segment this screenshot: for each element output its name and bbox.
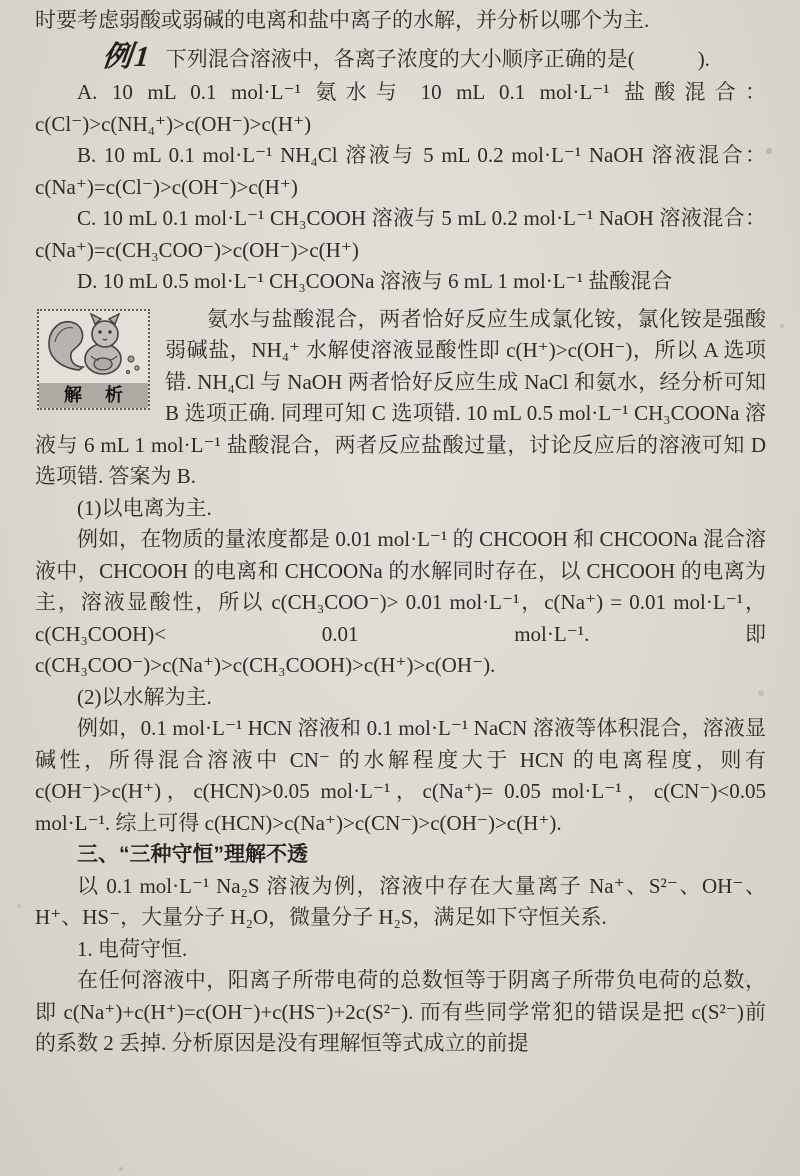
point-2-title: (2)以水解为主. [35,682,766,714]
point-2-body: 例如，0.1 mol·L⁻¹ HCN 溶液和 0.1 mol·L⁻¹ NaCN … [35,713,766,839]
section-3-heading: 三、“三种守恒”理解不透 [35,839,766,871]
point-1-body: 例如，在物质的量浓度都是 0.01 mol·L⁻¹ 的 CHCOOH 和 CHC… [35,524,766,682]
example-1-line: 例1下列混合溶液中，各离子浓度的大小顺序正确的是( ). [35,42,766,76]
analysis-callout: 解 析 [37,309,150,410]
squirrel-icon [39,311,148,383]
option-b: B. 10 mL 0.1 mol·L⁻¹ NH₄Cl 溶液与 5 mL 0.2 … [35,140,766,203]
analysis-section: 解 析 氨水与盐酸混合，两者恰好反应生成氯化铵，氯化铵是强酸弱碱盐，NH₄⁺ 水… [35,304,766,493]
example-1-marker: 例1 [67,42,153,72]
example-1-question: 下列混合溶液中，各离子浓度的大小顺序正确的是( ). [166,47,710,71]
analysis-label: 解 析 [39,383,148,408]
intro-continuation-line: 时要考虑弱酸或弱碱的电离和盐中离子的水解，并分析以哪个为主. [35,5,766,37]
section-3-intro: 以 0.1 mol·L⁻¹ Na₂S 溶液为例，溶液中存在大量离子 Na⁺、S²… [35,871,766,934]
option-c: C. 10 mL 0.1 mol·L⁻¹ CH₃COOH 溶液与 5 mL 0.… [35,203,766,266]
scanned-textbook-page: 时要考虑弱酸或弱碱的电离和盐中离子的水解，并分析以哪个为主. 例1下列混合溶液中… [0,0,800,1176]
charge-conservation-body: 在任何溶液中，阳离子所带电荷的总数恒等于阴离子所带负电荷的总数，即 c(Na⁺)… [35,965,766,1060]
charge-conservation-title: 1. 电荷守恒. [35,934,766,966]
option-a: A. 10 mL 0.1 mol·L⁻¹ 氨水与 10 mL 0.1 mol·L… [35,77,766,140]
point-1-title: (1)以电离为主. [35,493,766,525]
option-d: D. 10 mL 0.5 mol·L⁻¹ CH₃COONa 溶液与 6 mL 1… [35,266,766,298]
